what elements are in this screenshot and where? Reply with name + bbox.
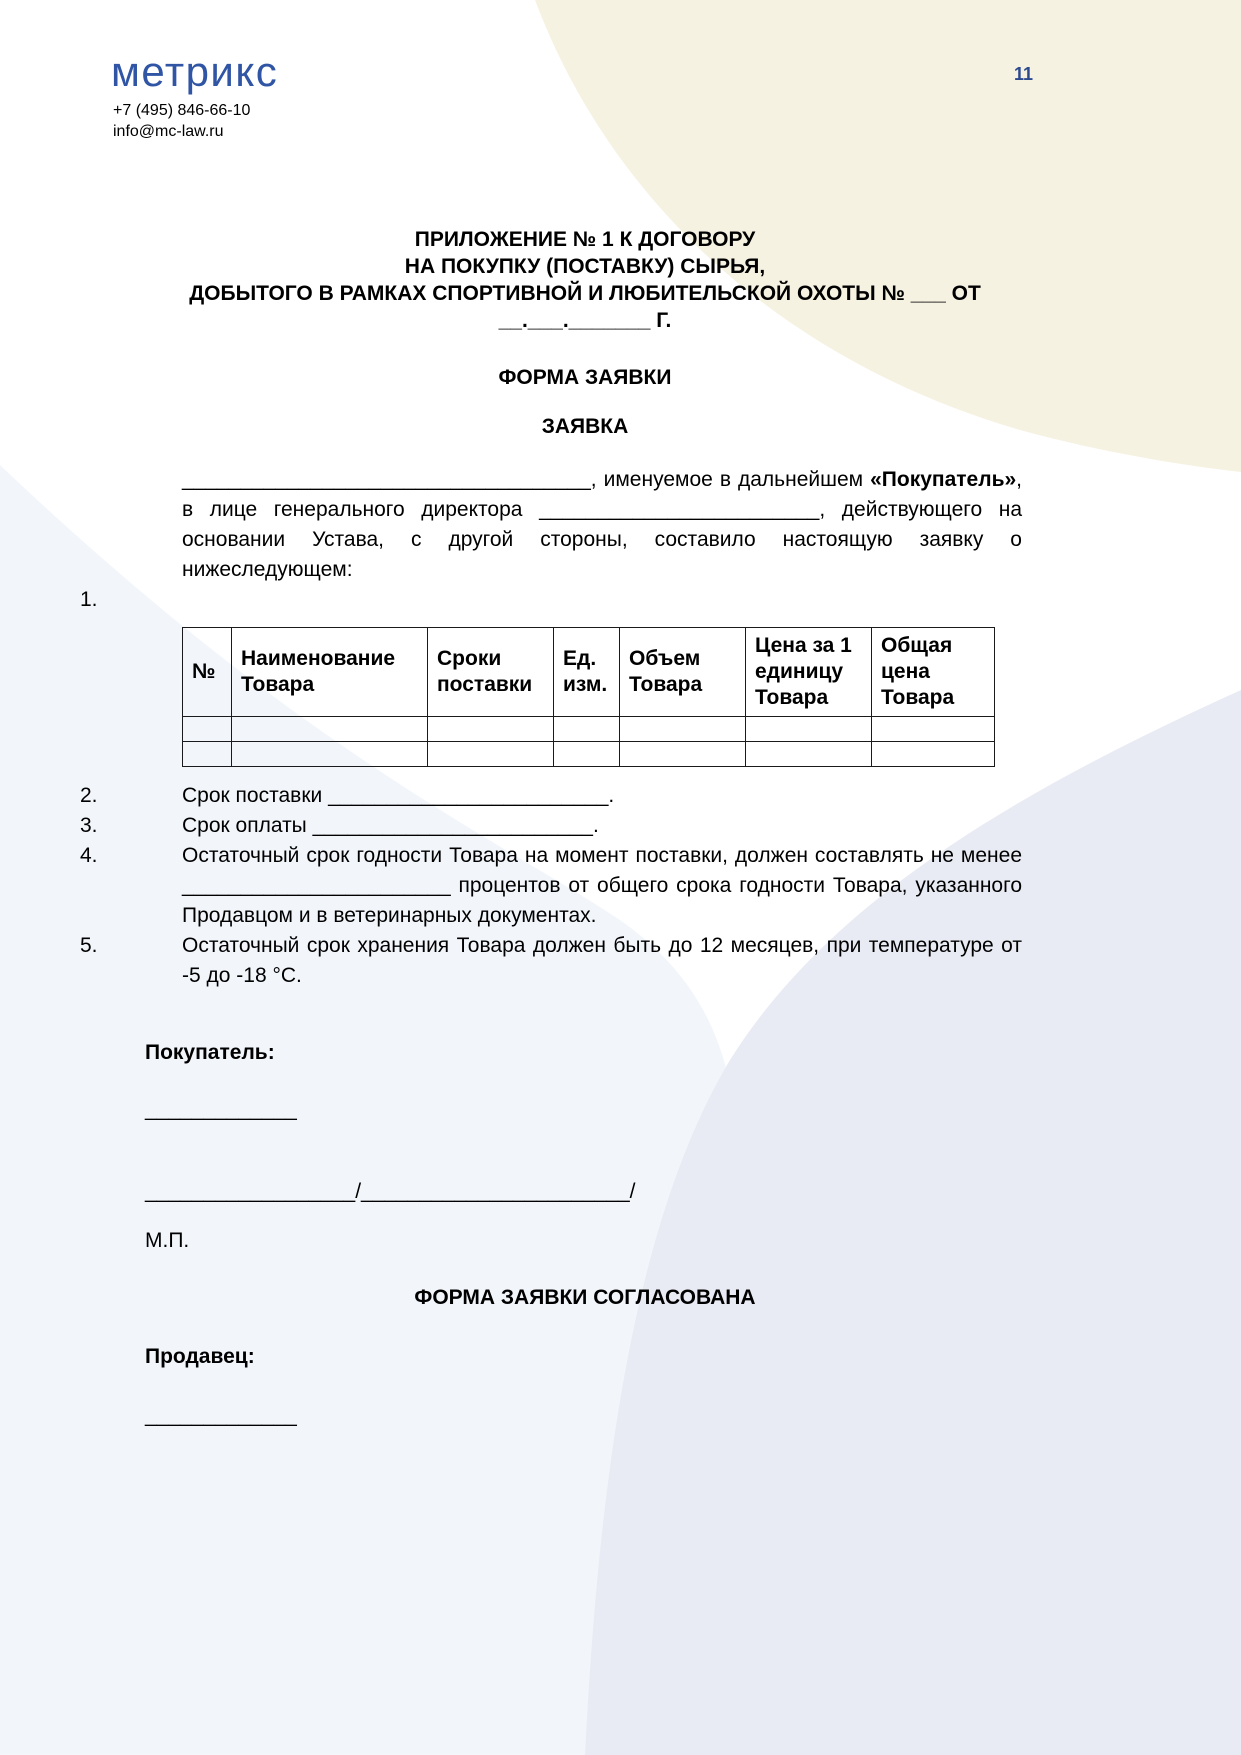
payment-term-label: Срок оплаты: [182, 814, 313, 837]
request-heading: ЗАЯВКА: [145, 413, 1025, 440]
page-number: 11: [1014, 64, 1033, 85]
list-number-3: 3.: [80, 811, 182, 841]
table-cell: [620, 717, 746, 742]
buyer-name-signature-line: __________________/_____________________…: [145, 1178, 1241, 1205]
goods-table-header-cell-3: Ед. изм.: [554, 628, 620, 717]
title-line-1: ПРИЛОЖЕНИЕ № 1 К ДОГОВОРУ: [145, 226, 1025, 253]
company-email: info@mc-law.ru: [113, 121, 250, 142]
list-number-2: 2.: [80, 781, 182, 811]
seller-signature-line: _____________: [145, 1402, 1241, 1429]
goods-table-header-cell-2: Сроки поставки: [428, 628, 554, 717]
table-cell: [872, 717, 995, 742]
table-cell: [554, 717, 620, 742]
buyer-name-blank: ___________________________________: [182, 468, 591, 491]
table-cell: [183, 742, 232, 767]
title-line-3: ДОБЫТОГО В РАМКАХ СПОРТИВНОЙ И ЛЮБИТЕЛЬС…: [145, 280, 1025, 307]
delivery-term-period: .: [608, 784, 614, 807]
company-phone: +7 (495) 846-66-10: [113, 100, 250, 121]
table-cell: [746, 717, 872, 742]
delivery-term-label: Срок поставки: [182, 784, 328, 807]
goods-table-header-cell-5: Цена за 1 единицу Товара: [746, 628, 872, 717]
title-line-2: НА ПОКУПКУ (ПОСТАВКУ) СЫРЬЯ,: [145, 253, 1025, 280]
table-cell: [428, 742, 554, 767]
table-cell: [232, 742, 428, 767]
table-row: [183, 742, 995, 767]
goods-table-header-cell-1: Наименование Товара: [232, 628, 428, 717]
goods-table-body: [183, 717, 995, 767]
seller-signature-label: Продавец:: [145, 1343, 1241, 1370]
table-cell: [620, 742, 746, 767]
table-cell: [746, 742, 872, 767]
form-heading: ФОРМА ЗАЯВКИ: [145, 364, 1025, 391]
payment-term-period: .: [593, 814, 599, 837]
goods-table: №Наименование ТовараСроки поставкиЕд. из…: [182, 627, 995, 767]
table-cell: [232, 717, 428, 742]
table-cell: [183, 717, 232, 742]
list-item-3: 3. Срок оплаты ________________________.: [80, 811, 1022, 841]
goods-table-header-cell-0: №: [183, 628, 232, 717]
list-text-4: Остаточный срок годности Товара на момен…: [182, 841, 1022, 931]
list-number-4: 4.: [80, 841, 182, 931]
list-item-4: 4. Остаточный срок годности Товара на мо…: [80, 841, 1022, 931]
delivery-term-blank: ________________________: [328, 784, 608, 807]
stamp-place-label: М.П.: [145, 1227, 1241, 1254]
goods-table-header-cell-6: Общая цена Товара: [872, 628, 995, 717]
shelf-life-text-before: Остаточный срок годности Товара на момен…: [182, 844, 1022, 867]
intro-text-1: , именуемое в дальнейшем: [591, 468, 870, 491]
company-contacts: +7 (495) 846-66-10 info@mc-law.ru: [113, 100, 250, 142]
list-text-5: Остаточный срок хранения Товара должен б…: [182, 931, 1022, 991]
list-text-3: Срок оплаты ________________________.: [182, 811, 1022, 841]
list-item-5: 5. Остаточный срок хранения Товара долже…: [80, 931, 1022, 991]
table-cell: [554, 742, 620, 767]
payment-term-blank: ________________________: [313, 814, 593, 837]
document-title: ПРИЛОЖЕНИЕ № 1 К ДОГОВОРУ НА ПОКУПКУ (ПО…: [145, 226, 1025, 334]
goods-table-header-row: №Наименование ТовараСроки поставкиЕд. из…: [183, 628, 995, 717]
table-row: [183, 717, 995, 742]
buyer-signature-line: _____________: [145, 1096, 1241, 1123]
shelf-life-blank: _______________________: [182, 874, 451, 897]
list-item-1: 1.: [80, 585, 1022, 615]
buyer-term: «Покупатель»: [870, 468, 1016, 491]
intro-paragraph: ___________________________________, име…: [182, 465, 1022, 585]
buyer-signature-label: Покупатель:: [145, 1039, 1241, 1066]
director-name-blank: ________________________: [539, 498, 819, 521]
list-text-1: [182, 585, 1022, 615]
table-cell: [872, 742, 995, 767]
list-text-2: Срок поставки ________________________.: [182, 781, 1022, 811]
agreed-heading: ФОРМА ЗАЯВКИ СОГЛАСОВАНА: [145, 1284, 1025, 1311]
title-line-4: __.___._______ Г.: [145, 307, 1025, 334]
list-item-2: 2. Срок поставки _______________________…: [80, 781, 1022, 811]
list-number-1: 1.: [80, 585, 182, 615]
document-body: ПРИЛОЖЕНИЕ № 1 К ДОГОВОРУ НА ПОКУПКУ (ПО…: [0, 226, 1241, 1429]
list-number-5: 5.: [80, 931, 182, 991]
goods-table-header-cell-4: Объем Товара: [620, 628, 746, 717]
company-logo: метрикс: [111, 48, 278, 96]
document-page: метрикс +7 (495) 846-66-10 info@mc-law.r…: [0, 0, 1241, 1755]
table-cell: [428, 717, 554, 742]
